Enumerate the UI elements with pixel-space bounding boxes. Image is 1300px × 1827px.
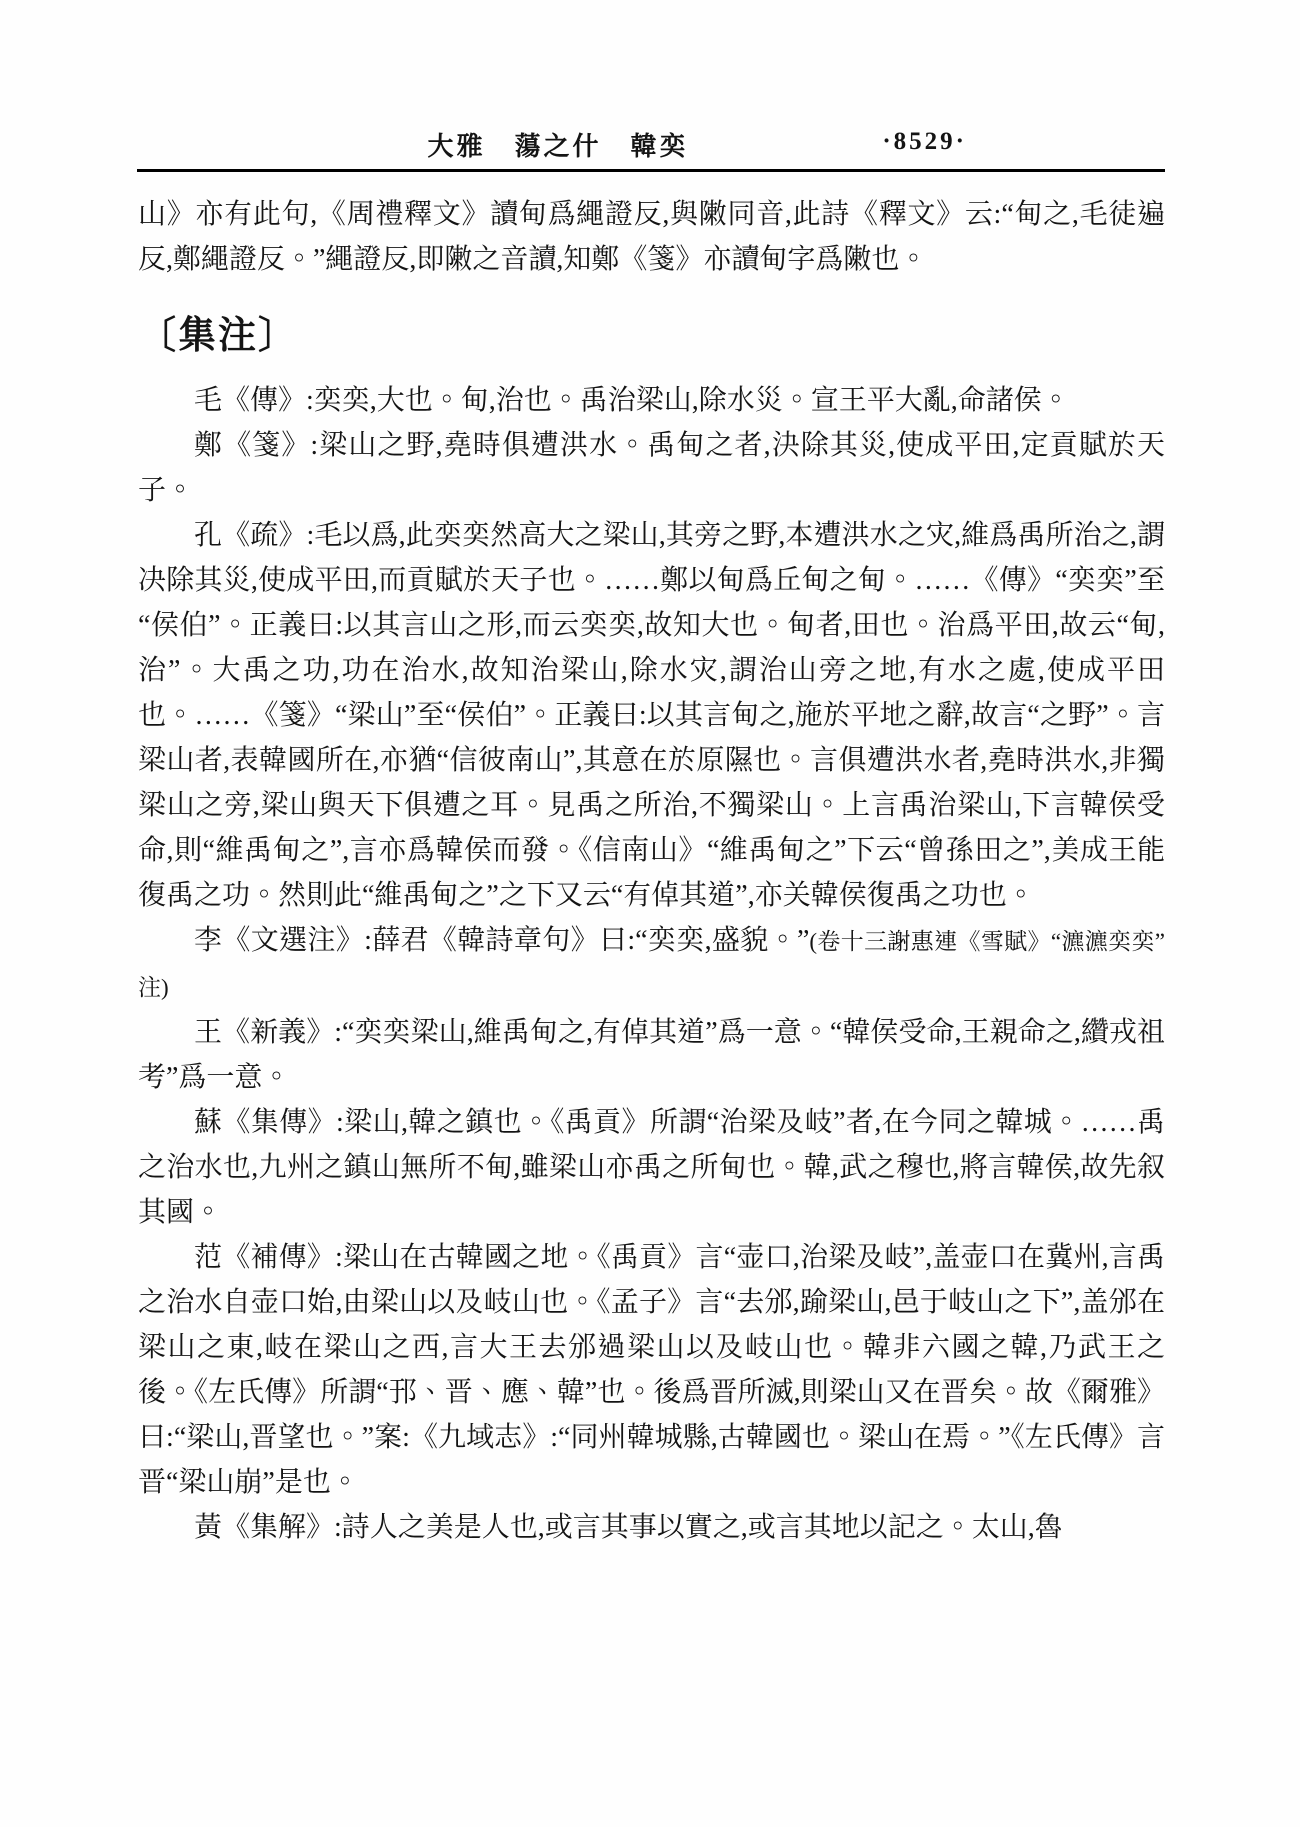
continuation-paragraph: 山》亦有此句,《周禮釋文》讀甸爲繩證反,與敶同音,此詩《釋文》云:“甸之,毛徒遍… <box>138 192 1165 282</box>
header-rule <box>137 169 1165 172</box>
running-title: 大雅 蕩之什 韓奕 <box>228 126 888 163</box>
commentary-wang-xinyi: 王《新義》:“奕奕梁山,維禹甸之,有倬其道”爲一意。“韓侯受命,王親命之,纘戎祖… <box>138 1010 1165 1100</box>
book-page: 大雅 蕩之什 韓奕 ·8529· 山》亦有此句,《周禮釋文》讀甸爲繩證反,與敶同… <box>0 0 1300 1827</box>
text-body: 山》亦有此句,《周禮釋文》讀甸爲繩證反,與敶同音,此詩《釋文》云:“甸之,毛徒遍… <box>138 192 1165 1550</box>
commentary-su-jizhuan: 蘇《集傳》:梁山,韓之鎮也。《禹貢》所謂“治梁及岐”者,在今同之韓城。……禹之治… <box>138 1100 1165 1235</box>
commentary-zheng-jian: 鄭《箋》:梁山之野,堯時俱遭洪水。禹甸之者,決除其災,使成平田,定貢賦於天子。 <box>138 423 1165 513</box>
commentary-huang-jijie: 黃《集解》:詩人之美是人也,或言其事以實之,或言其地以記之。太山,魯 <box>138 1505 1165 1550</box>
commentary-li-text: 李《文選注》:薛君《韓詩章句》曰:“奕奕,盛貌。” <box>194 925 809 956</box>
commentary-kong-shu: 孔《疏》:毛以爲,此奕奕然高大之梁山,其旁之野,本遭洪水之灾,維爲禹所治之,謂决… <box>138 513 1165 918</box>
commentary-fan-buzhuan: 范《補傳》:梁山在古韓國之地。《禹貢》言“壶口,治梁及岐”,盖壶口在冀州,言禹之… <box>138 1235 1165 1505</box>
page-number: ·8529· <box>882 128 967 156</box>
page-header: 大雅 蕩之什 韓奕 ·8529· <box>138 126 1165 168</box>
section-title: 〔集注〕 <box>138 308 1165 364</box>
commentary-li-wenxuanzhu: 李《文選注》:薛君《韓詩章句》曰:“奕奕,盛貌。”(卷十三謝惠連《雪賦》“瀌瀌奕… <box>138 918 1165 1010</box>
commentary-mao-zhuan: 毛《傳》:奕奕,大也。甸,治也。禹治梁山,除水災。宣王平大亂,命諸侯。 <box>138 378 1165 423</box>
